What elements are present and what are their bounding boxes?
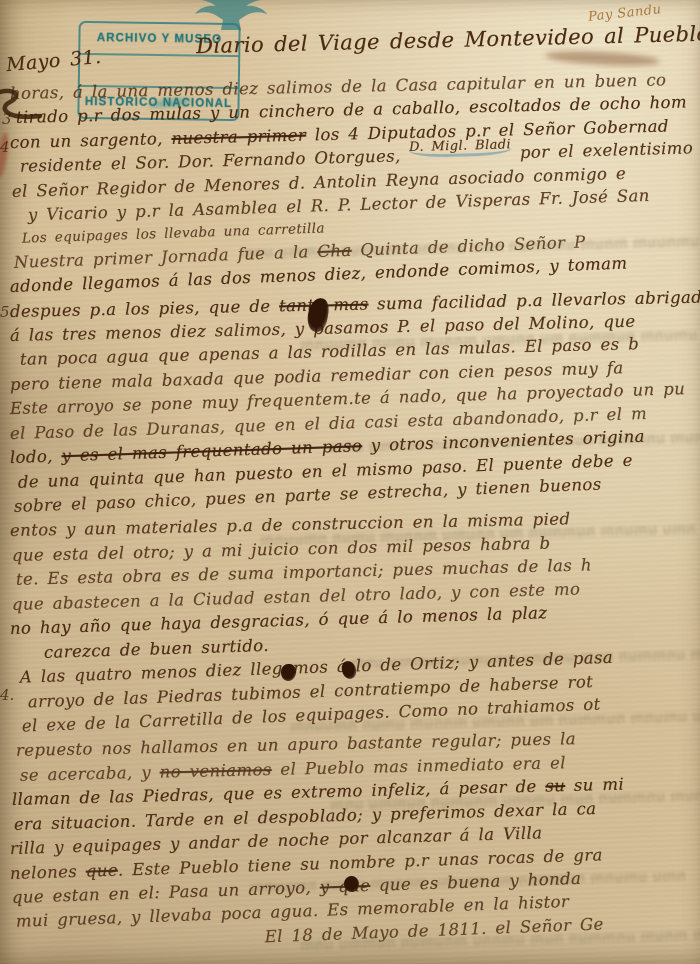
inserted-text: D. Migl. Bladi	[409, 138, 511, 159]
line-text: con un sargento,	[10, 129, 172, 152]
line-text: suma facilidad p.a llevarlos abrigado	[368, 287, 700, 313]
manuscript-page: ARCHIVO Y MUSEO HISTORICO NACIONAL Diari…	[0, 0, 700, 964]
struck-text: su	[545, 776, 565, 795]
margin-mark: 4	[0, 138, 10, 156]
line-text: lodo,	[10, 446, 62, 467]
ink-smudge	[545, 49, 661, 68]
line-text: su mi	[565, 775, 624, 795]
ink-blot	[344, 876, 359, 892]
pencil-annotation: Pay Sandu	[587, 2, 662, 25]
struck-text: que	[85, 860, 118, 880]
line-text: se acercaba, y	[20, 762, 160, 784]
ink-flourish	[0, 86, 56, 126]
manuscript-body: horas, á la una menos diez salimos de la…	[10, 84, 700, 961]
line-text: nelones	[10, 861, 86, 882]
struck-text: nuestra primer	[171, 125, 306, 147]
struck-text: Cha	[317, 240, 352, 260]
struck-text: no veniamos	[159, 760, 272, 782]
